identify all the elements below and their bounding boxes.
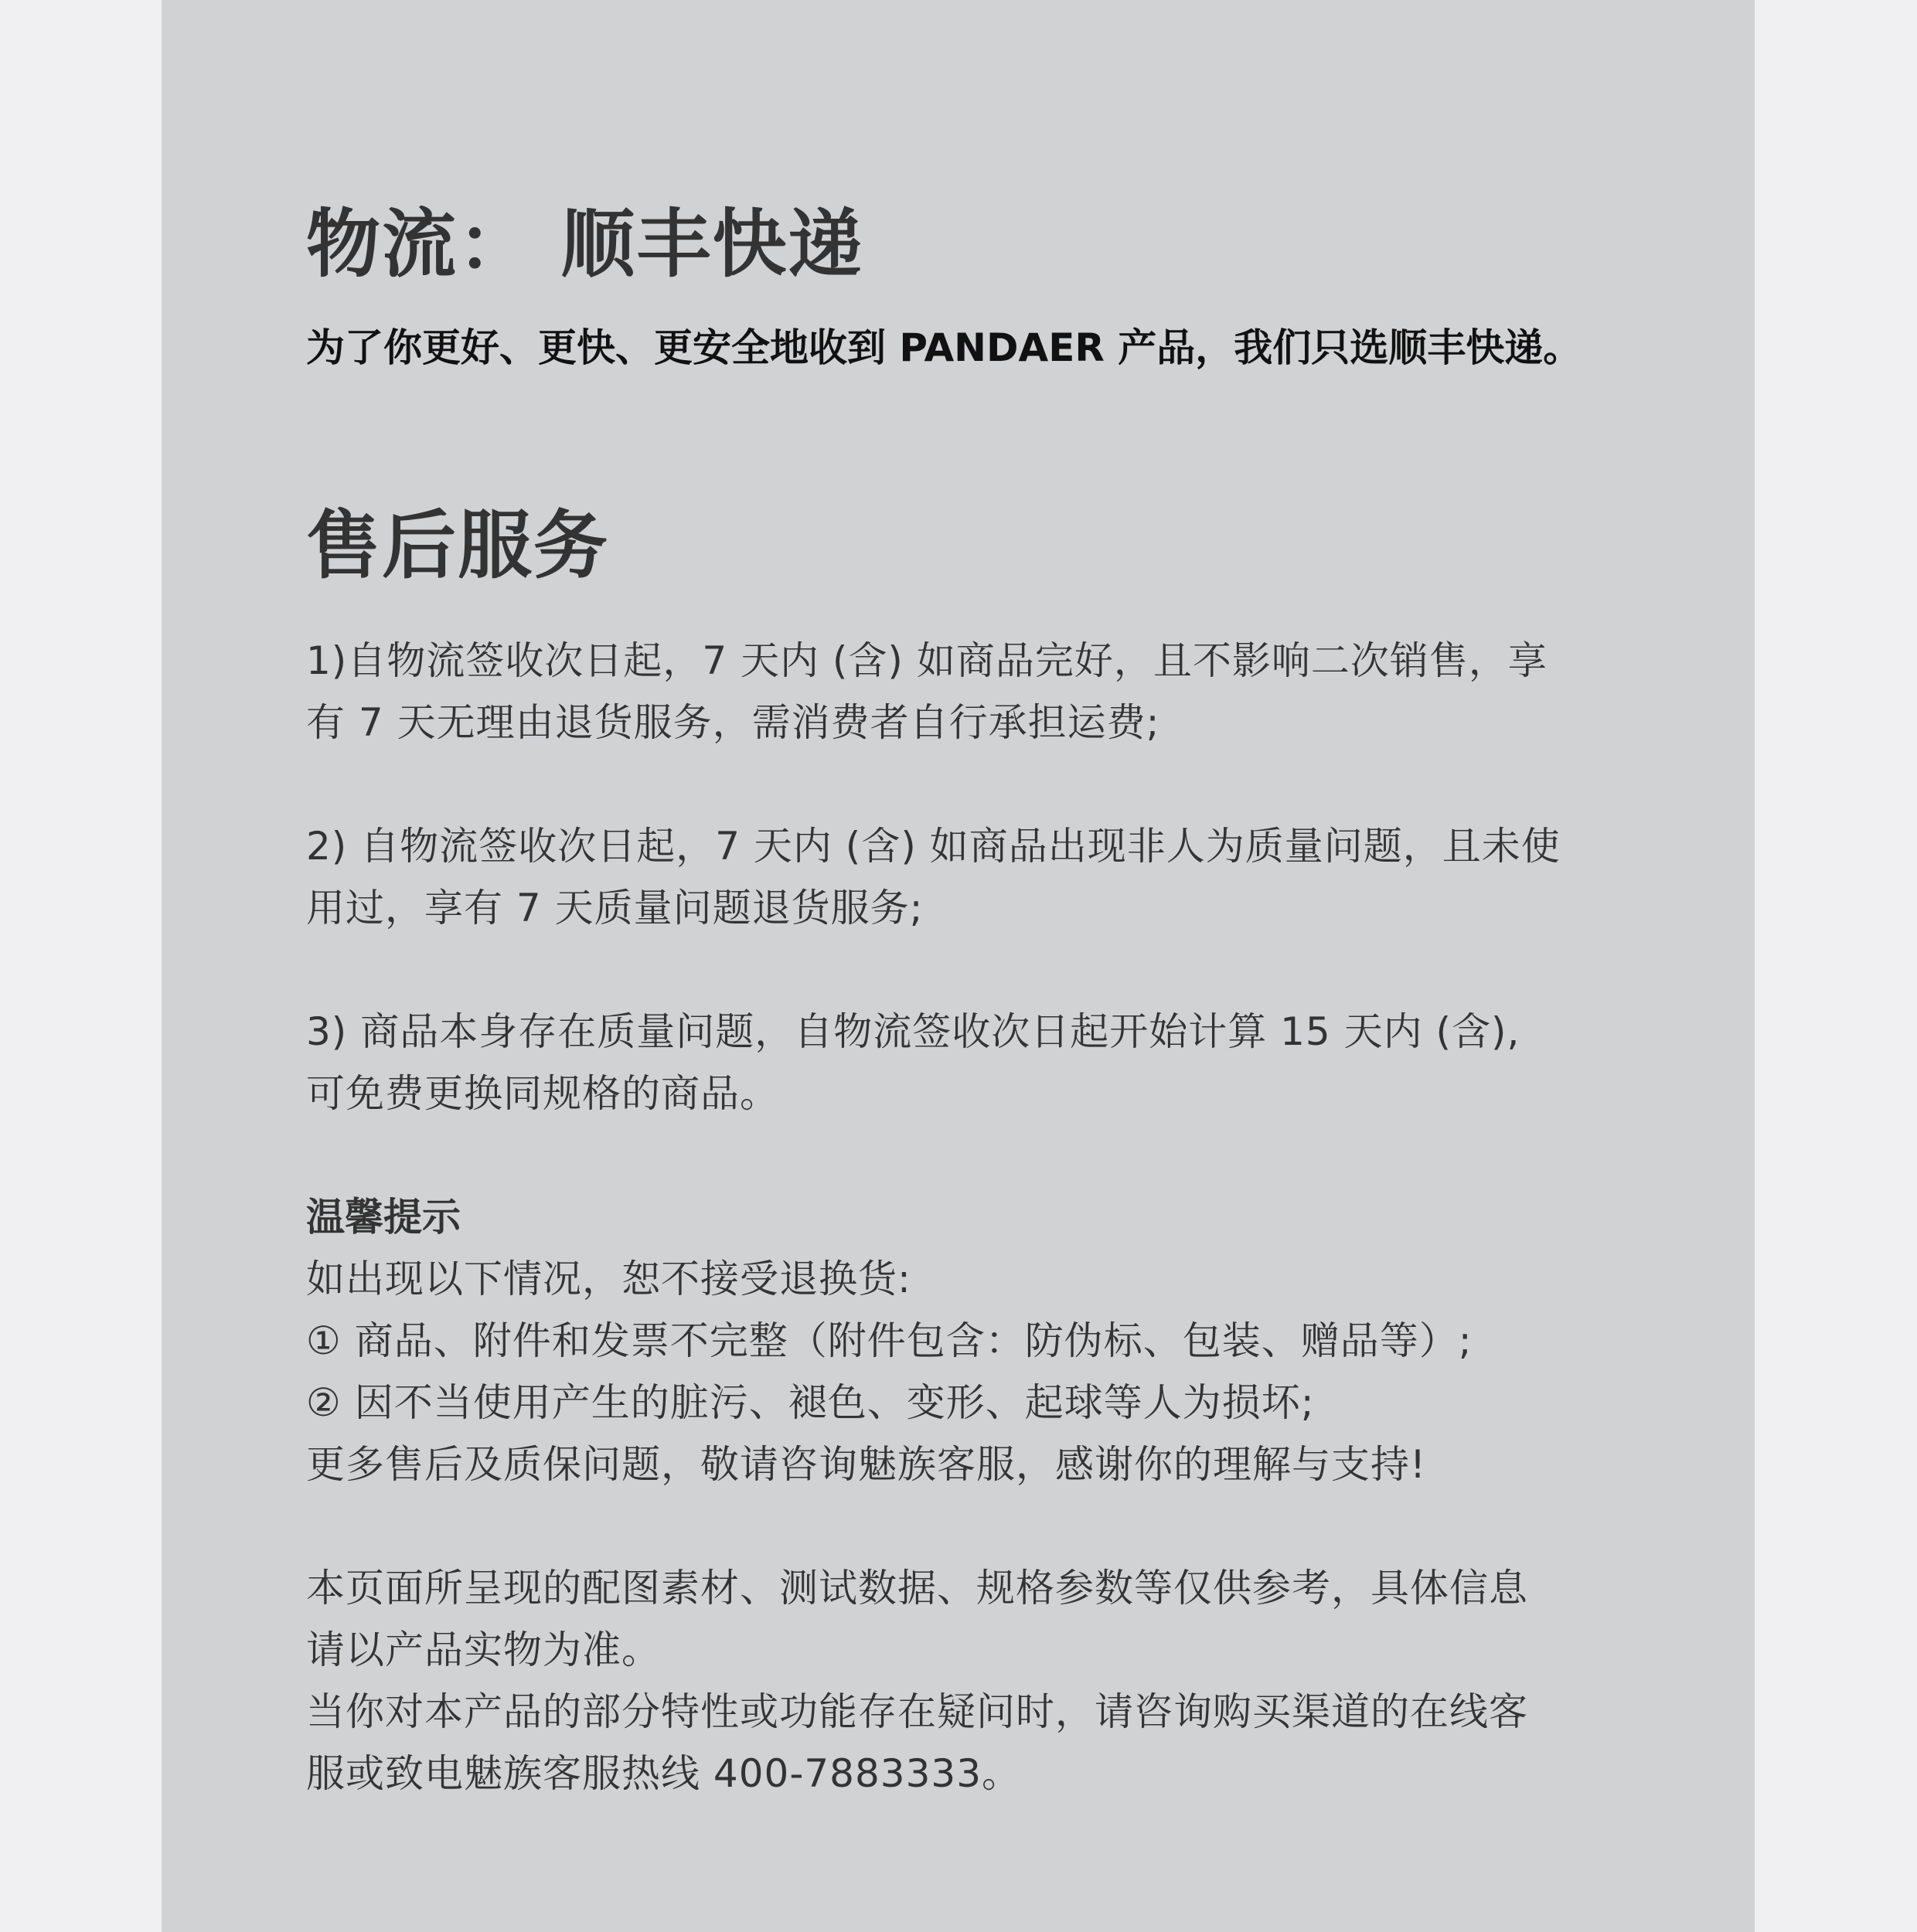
disclaimer-line: 当你对本产品的部分特性或功能存在疑问时，请咨询购买渠道的在线客 <box>306 1681 1528 1736</box>
after-sales-item-2-line-1: 2) 自物流签收次日起，7 天内 (含) 如商品出现非人为质量问题，且未使 <box>306 815 1561 871</box>
after-sales-item-1-line-1: 1)自物流签收次日起，7 天内 (含) 如商品完好，且不影响二次销售，享 <box>306 630 1548 685</box>
after-sales-item-2-line-2: 用过，享有 7 天质量问题退货服务; <box>306 877 923 933</box>
disclaimer-line: 服或致电魅族客服热线 400-7883333。 <box>306 1743 1021 1798</box>
tips-title: 温馨提示 <box>306 1186 461 1242</box>
after-sales-item-3-line-1: 3) 商品本身存在质量问题，自物流签收次日起开始计算 15 天内 (含), <box>306 1001 1520 1056</box>
tips-line: ① 商品、附件和发票不完整（附件包含：防伪标、包装、赠品等）; <box>306 1310 1473 1366</box>
after-sales-heading: 售后服务 <box>306 487 609 593</box>
after-sales-item-3-line-2: 可免费更换同规格的商品。 <box>306 1063 779 1118</box>
logistics-heading: 物流： 顺丰快递 <box>306 185 863 291</box>
disclaimer-line: 请以产品实物为准。 <box>306 1619 661 1675</box>
tips-line: ② 因不当使用产生的脏污、褪色、变形、起球等人为损坏; <box>306 1372 1315 1427</box>
logistics-subtitle: 为了你更好、更快、更安全地收到 PANDAER 产品，我们只选顺丰快递。 <box>306 317 1582 372</box>
tips-line: 如出现以下情况，恕不接受退换货: <box>306 1248 911 1304</box>
tips-line: 更多售后及质保问题，敬请咨询魅族客服，感谢你的理解与支持! <box>306 1434 1426 1489</box>
after-sales-item-1-line-2: 有 7 天无理由退货服务，需消费者自行承担运费; <box>306 692 1159 747</box>
disclaimer-line: 本页面所呈现的配图素材、测试数据、规格参数等仅供参考，具体信息 <box>306 1557 1528 1613</box>
